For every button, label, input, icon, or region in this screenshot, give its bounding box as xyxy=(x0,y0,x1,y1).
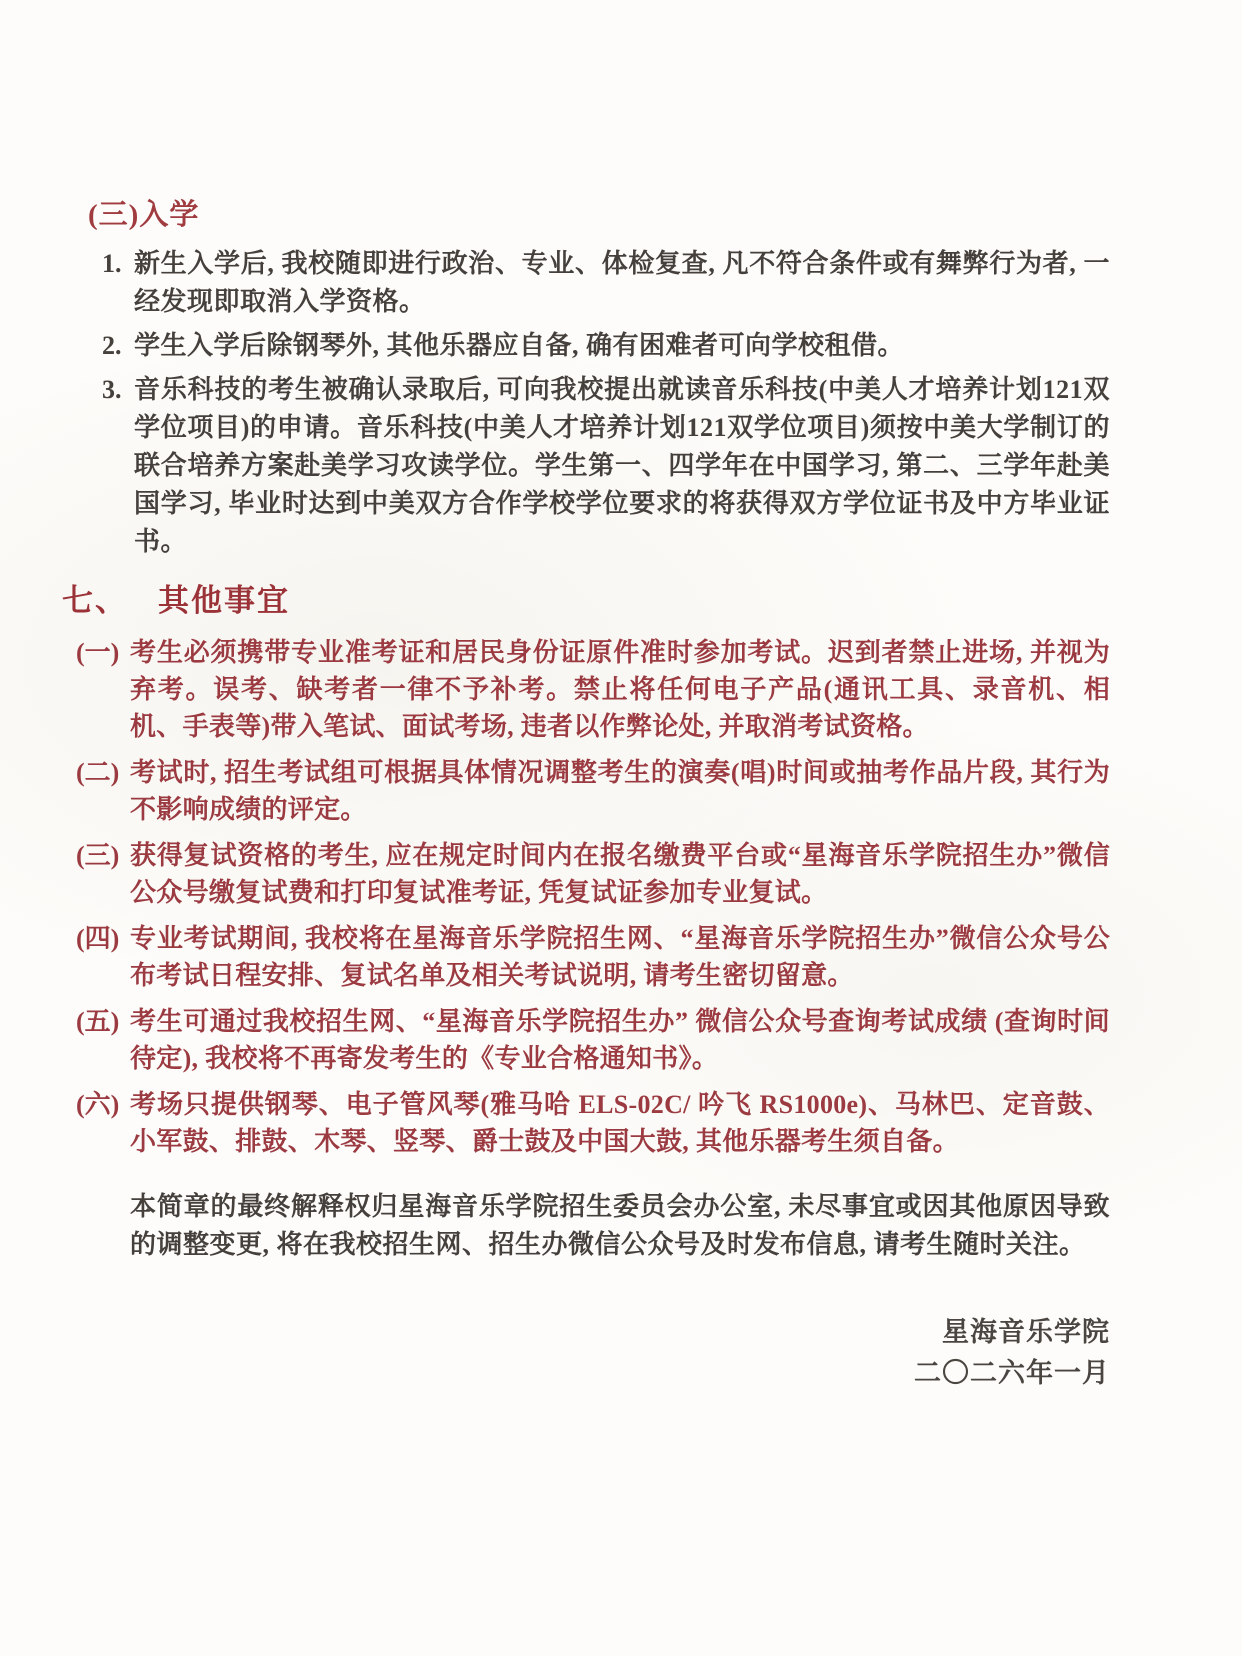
list-item-text: 音乐科技的考生被确认录取后, 可向我校提出就读音乐科技(中美人才培养计划121双… xyxy=(134,371,1110,561)
document-content: (三)入学 1. 新生入学后, 我校随即进行政治、专业、体检复查, 凡不符合条件… xyxy=(0,0,1242,1394)
list-item-text: 获得复试资格的考生, 应在规定时间内在报名缴费平台或“星海音乐学院招生办”微信公… xyxy=(130,837,1110,911)
list-item-text: 学生入学后除钢琴外, 其他乐器应自备, 确有困难者可向学校租借。 xyxy=(134,327,1110,365)
list-item-number: (五) xyxy=(76,1003,130,1077)
list-item: (一) 考生必须携带专业准考证和居民身份证原件准时参加考试。迟到者禁止进场, 并… xyxy=(76,634,1110,745)
list-item: 2. 学生入学后除钢琴外, 其他乐器应自备, 确有困难者可向学校租借。 xyxy=(102,327,1110,365)
other-matters-list: (一) 考生必须携带专业准考证和居民身份证原件准时参加考试。迟到者禁止进场, 并… xyxy=(76,634,1110,1160)
enrollment-numbered-list: 1. 新生入学后, 我校随即进行政治、专业、体检复查, 凡不符合条件或有舞弊行为… xyxy=(102,245,1110,561)
list-item-number: 3. xyxy=(102,371,134,561)
section-number: 七、 xyxy=(62,575,128,620)
list-item-text: 考场只提供钢琴、电子管风琴(雅马哈 ELS-02C/ 吟飞 RS1000e)、马… xyxy=(130,1086,1110,1160)
list-item-number: 2. xyxy=(102,327,134,365)
closing-statement: 本简章的最终解释权归星海音乐学院招生委员会办公室, 未尽事宜或因其他原因导致的调… xyxy=(130,1188,1110,1264)
list-item-number: (二) xyxy=(76,754,130,828)
list-item: (三) 获得复试资格的考生, 应在规定时间内在报名缴费平台或“星海音乐学院招生办… xyxy=(76,837,1110,911)
section-title: 其他事宜 xyxy=(158,575,290,620)
signature-block: 星海音乐学院 二〇二六年一月 xyxy=(62,1312,1110,1394)
list-item: (六) 考场只提供钢琴、电子管风琴(雅马哈 ELS-02C/ 吟飞 RS1000… xyxy=(76,1086,1110,1160)
list-item-text: 考生必须携带专业准考证和居民身份证原件准时参加考试。迟到者禁止进场, 并视为弃考… xyxy=(130,634,1110,745)
list-item: 1. 新生入学后, 我校随即进行政治、专业、体检复查, 凡不符合条件或有舞弊行为… xyxy=(102,245,1110,321)
list-item-number: (一) xyxy=(76,634,130,745)
signature-date: 二〇二六年一月 xyxy=(62,1353,1110,1394)
list-item: 3. 音乐科技的考生被确认录取后, 可向我校提出就读音乐科技(中美人才培养计划1… xyxy=(102,371,1110,561)
list-item-text: 考生可通过我校招生网、“星海音乐学院招生办” 微信公众号查询考试成绩 (查询时间… xyxy=(130,1003,1110,1077)
list-item-text: 新生入学后, 我校随即进行政治、专业、体检复查, 凡不符合条件或有舞弊行为者, … xyxy=(134,245,1110,321)
list-item-number: 1. xyxy=(102,245,134,321)
document-page: (三)入学 1. 新生入学后, 我校随即进行政治、专业、体检复查, 凡不符合条件… xyxy=(0,0,1242,1656)
list-item-text: 专业考试期间, 我校将在星海音乐学院招生网、“星海音乐学院招生办”微信公众号公布… xyxy=(130,920,1110,994)
list-item-text: 考试时, 招生考试组可根据具体情况调整考生的演奏(唱)时间或抽考作品片段, 其行… xyxy=(130,754,1110,828)
list-item-number: (六) xyxy=(76,1086,130,1160)
enrollment-section-heading: (三)入学 xyxy=(88,192,1110,233)
list-item: (四) 专业考试期间, 我校将在星海音乐学院招生网、“星海音乐学院招生办”微信公… xyxy=(76,920,1110,994)
list-item-number: (三) xyxy=(76,837,130,911)
other-matters-section-heading: 七、 其他事宜 xyxy=(62,575,1110,620)
list-item-number: (四) xyxy=(76,920,130,994)
list-item: (二) 考试时, 招生考试组可根据具体情况调整考生的演奏(唱)时间或抽考作品片段… xyxy=(76,754,1110,828)
signature-institution: 星海音乐学院 xyxy=(62,1312,1110,1353)
list-item: (五) 考生可通过我校招生网、“星海音乐学院招生办” 微信公众号查询考试成绩 (… xyxy=(76,1003,1110,1077)
